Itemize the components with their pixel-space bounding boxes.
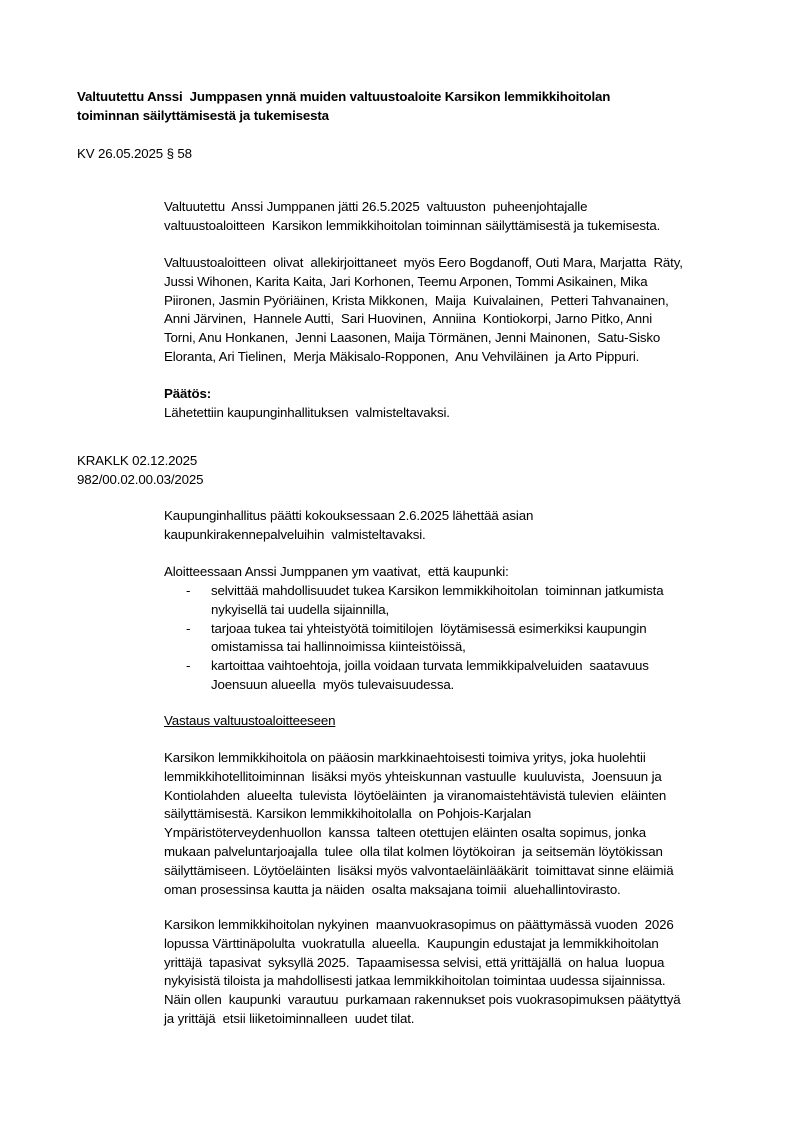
text-line: yrittäjä tapasivat syksyllä 2025. Tapaam… (164, 954, 680, 973)
text-line: Torni, Anu Honkanen, Jenni Laasonen, Mai… (164, 329, 683, 348)
text-line: nykyisistä tiloista ja mahdollisesti jat… (164, 972, 680, 991)
text-line: nykyisellä tai uudella sijainnilla, (211, 601, 764, 620)
decision-label: Päätös: (164, 385, 450, 404)
text-line: Kaupunginhallitus päätti kokouksessaan 2… (164, 507, 533, 526)
text-line: Jussi Wihonen, Karita Kaita, Jari Korhon… (164, 273, 683, 292)
text-line: oman prosessinsa kautta ja näiden osalta… (164, 881, 673, 900)
document-page: Valtuutettu Anssi Jumppasen ynnä muiden … (0, 0, 794, 1122)
title-line: Valtuutettu Anssi Jumppasen ynnä muiden … (77, 87, 610, 106)
text-line: Joensuun alueella myös tulevaisuudessa. (211, 676, 764, 695)
text-line: Valtuustoaloitteen olivat allekirjoittan… (164, 254, 683, 273)
bullet-dash: - (186, 620, 190, 639)
text-line: valtuustoaloitteen Karsikon lemmikkihoit… (164, 217, 660, 236)
bullet-dash: - (186, 582, 190, 601)
text-line: omistamissa tai hallinnoimissa kiinteist… (211, 638, 764, 657)
bullet-dash: - (186, 657, 190, 676)
paragraph-pet-care-background: Karsikon lemmikkihoitola on pääosin mark… (164, 749, 673, 899)
text-line: ja yrittäjä etsii liiketoiminnalleen uud… (164, 1010, 680, 1029)
paragraph-city-board: Kaupunginhallitus päätti kokouksessaan 2… (164, 507, 533, 545)
case-number: 982/00.02.00.03/2025 (77, 471, 203, 490)
paragraph-signatories: Valtuustoaloitteen olivat allekirjoittan… (164, 254, 683, 367)
demands-intro: Aloitteessaan Anssi Jumppanen ym vaativa… (164, 563, 509, 582)
list-item: - tarjoaa tukea tai yhteistyötä toimitil… (164, 620, 764, 658)
text-line: Piironen, Jasmin Pyöriäinen, Krista Mikk… (164, 292, 683, 311)
decision-text: Lähetettiin kaupunginhallituksen valmist… (164, 404, 450, 423)
text-line: Kontiolahden alueelta tulevista löytöelä… (164, 787, 673, 806)
text-line: lopussa Värttinäpolulta vuokratulla alue… (164, 935, 680, 954)
text-line: Karsikon lemmikkihoitola on pääosin mark… (164, 749, 673, 768)
text-line: kaupunkirakennepalveluihin valmisteltava… (164, 526, 533, 545)
text-line: säilyttämiseen. Löytöeläinten lisäksi my… (164, 862, 673, 881)
text-line: Anni Järvinen, Hannele Autti, Sari Huovi… (164, 310, 683, 329)
list-item: - kartoittaa vaihtoehtoja, joilla voidaa… (164, 657, 764, 695)
text-line: tarjoaa tukea tai yhteistyötä toimitiloj… (211, 620, 764, 639)
demands-list: - selvittää mahdollisuudet tukea Karsiko… (164, 582, 764, 695)
list-item: - selvittää mahdollisuudet tukea Karsiko… (164, 582, 764, 620)
paragraph-initiative-submitted: Valtuutettu Anssi Jumppanen jätti 26.5.2… (164, 198, 660, 236)
meeting-ref: KRAKLK 02.12.2025 (77, 452, 203, 471)
text-line: Valtuutettu Anssi Jumppanen jätti 26.5.2… (164, 198, 660, 217)
text-line: Karsikon lemmikkihoitolan nykyinen maanv… (164, 916, 680, 935)
text-line: Näin ollen kaupunki varautuu purkamaan r… (164, 991, 680, 1010)
text-line: Ympäristöterveydenhuollon kanssa talteen… (164, 824, 673, 843)
text-line: Eloranta, Ari Tielinen, Merja Mäkisalo-R… (164, 348, 683, 367)
meeting-reference-kv: KV 26.05.2025 § 58 (77, 145, 192, 164)
text-line: kartoittaa vaihtoehtoja, joilla voidaan … (211, 657, 764, 676)
response-heading: Vastaus valtuustoaloitteeseen (164, 712, 335, 731)
meeting-reference-kraklk: KRAKLK 02.12.2025 982/00.02.00.03/2025 (77, 452, 203, 490)
paragraph-lease-situation: Karsikon lemmikkihoitolan nykyinen maanv… (164, 916, 680, 1029)
text-line: selvittää mahdollisuudet tukea Karsikon … (211, 582, 764, 601)
text-line: lemmikkihotellitoiminnan lisäksi myös yh… (164, 768, 673, 787)
document-title: Valtuutettu Anssi Jumppasen ynnä muiden … (77, 87, 610, 125)
text-line: mukaan palveluntarjoajalla tulee olla ti… (164, 843, 673, 862)
text-line: säilyttämisestä. Karsikon lemmikkihoitol… (164, 805, 673, 824)
title-line: toiminnan säilyttämisestä ja tukemisesta (77, 106, 610, 125)
decision-section: Päätös: Lähetettiin kaupunginhallituksen… (164, 385, 450, 423)
